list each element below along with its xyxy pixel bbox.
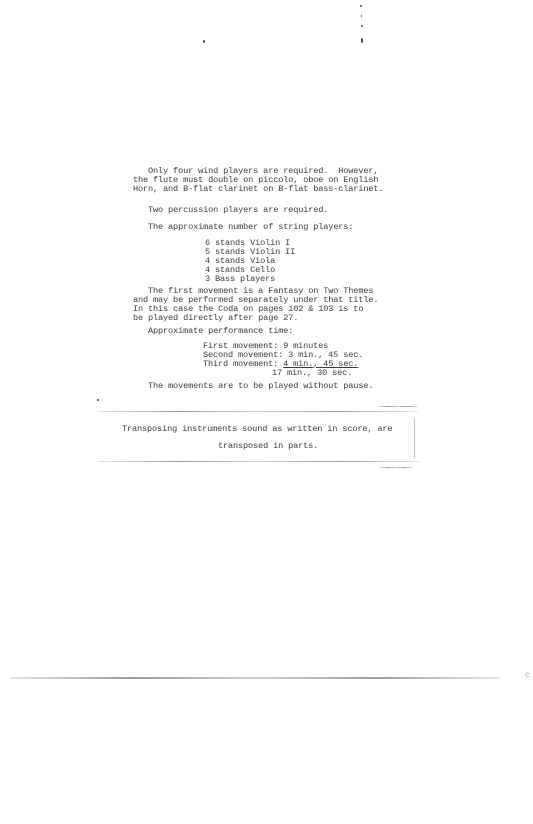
ink-speck <box>97 399 99 401</box>
ink-speck <box>203 40 205 43</box>
percussion-note: Two percussion players are required. <box>133 205 328 215</box>
text-line: be played directly after page 27. <box>133 313 298 323</box>
transposing-line: transposed in parts. <box>218 441 318 451</box>
page-bottom-rule <box>10 677 500 679</box>
box-bottom-rule <box>98 461 420 462</box>
pause-note: The movements are to be played without p… <box>133 381 373 391</box>
box-top-rule <box>98 411 418 412</box>
performance-heading: Approximate performance time: <box>133 326 293 336</box>
ink-speck <box>361 25 363 27</box>
ink-speck <box>360 5 362 7</box>
strings-item: 3 Bass players <box>205 274 275 284</box>
ink-speck <box>361 15 362 17</box>
transposing-line: Transposing instruments sound as written… <box>122 424 392 434</box>
text-line: Horn, and B-flat clarinet on B-flat bass… <box>133 184 383 194</box>
box-bottom-rule-fragment <box>380 467 412 468</box>
strings-heading: The approximate number of string players… <box>133 222 353 232</box>
timing-total: 17 min., 30 sec. <box>272 368 352 378</box>
box-right-rule <box>414 418 415 458</box>
ink-speck <box>361 38 363 43</box>
edge-mark: c <box>525 670 530 680</box>
box-top-rule-fragment <box>378 406 418 407</box>
